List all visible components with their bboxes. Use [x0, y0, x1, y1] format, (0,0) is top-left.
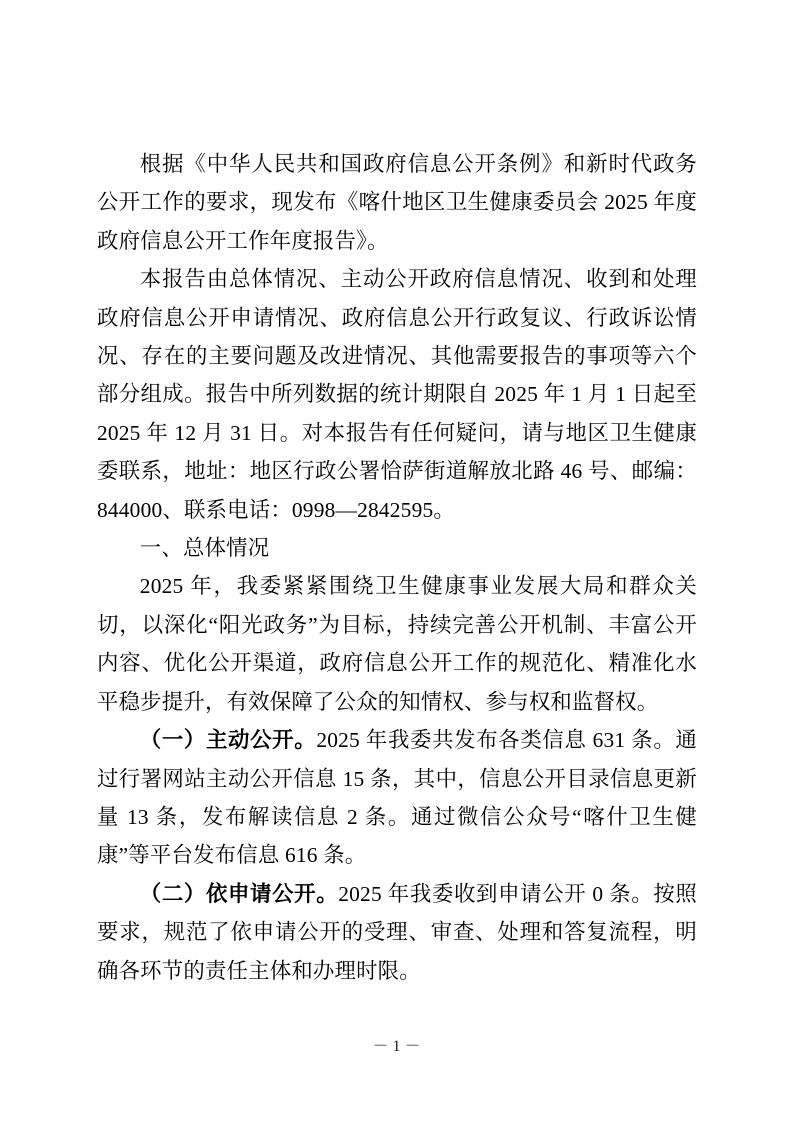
paragraph-intro: 根据《中华人民共和国政府信息公开条例》和新时代政务公开工作的要求，现发布《喀什地… — [97, 145, 697, 260]
paragraph-proactive-disclosure: （一）主动公开。2025 年我委共发布各类信息 631 条。通过行署网站主动公开… — [97, 721, 697, 875]
lead-on-request-disclosure: （二）依申请公开。 — [140, 882, 338, 906]
page-number: － 1 － — [0, 1036, 793, 1058]
paragraph-overall-situation: 2025 年，我委紧紧围绕卫生健康事业发展大局和群众关切，以深化“阳光政务”为目… — [97, 567, 697, 721]
section-heading-overall-situation: 一、总体情况 — [97, 529, 697, 567]
document-content: 根据《中华人民共和国政府信息公开条例》和新时代政务公开工作的要求，现发布《喀什地… — [97, 145, 697, 990]
lead-proactive-disclosure: （一）主动公开。 — [140, 728, 317, 752]
document-page: 根据《中华人民共和国政府信息公开条例》和新时代政务公开工作的要求，现发布《喀什地… — [0, 0, 793, 1122]
paragraph-on-request-disclosure: （二）依申请公开。2025 年我委收到申请公开 0 条。按照要求，规范了依申请公… — [97, 875, 697, 990]
paragraph-report-overview: 本报告由总体情况、主动公开政府信息情况、收到和处理政府信息公开申请情况、政府信息… — [97, 260, 697, 529]
